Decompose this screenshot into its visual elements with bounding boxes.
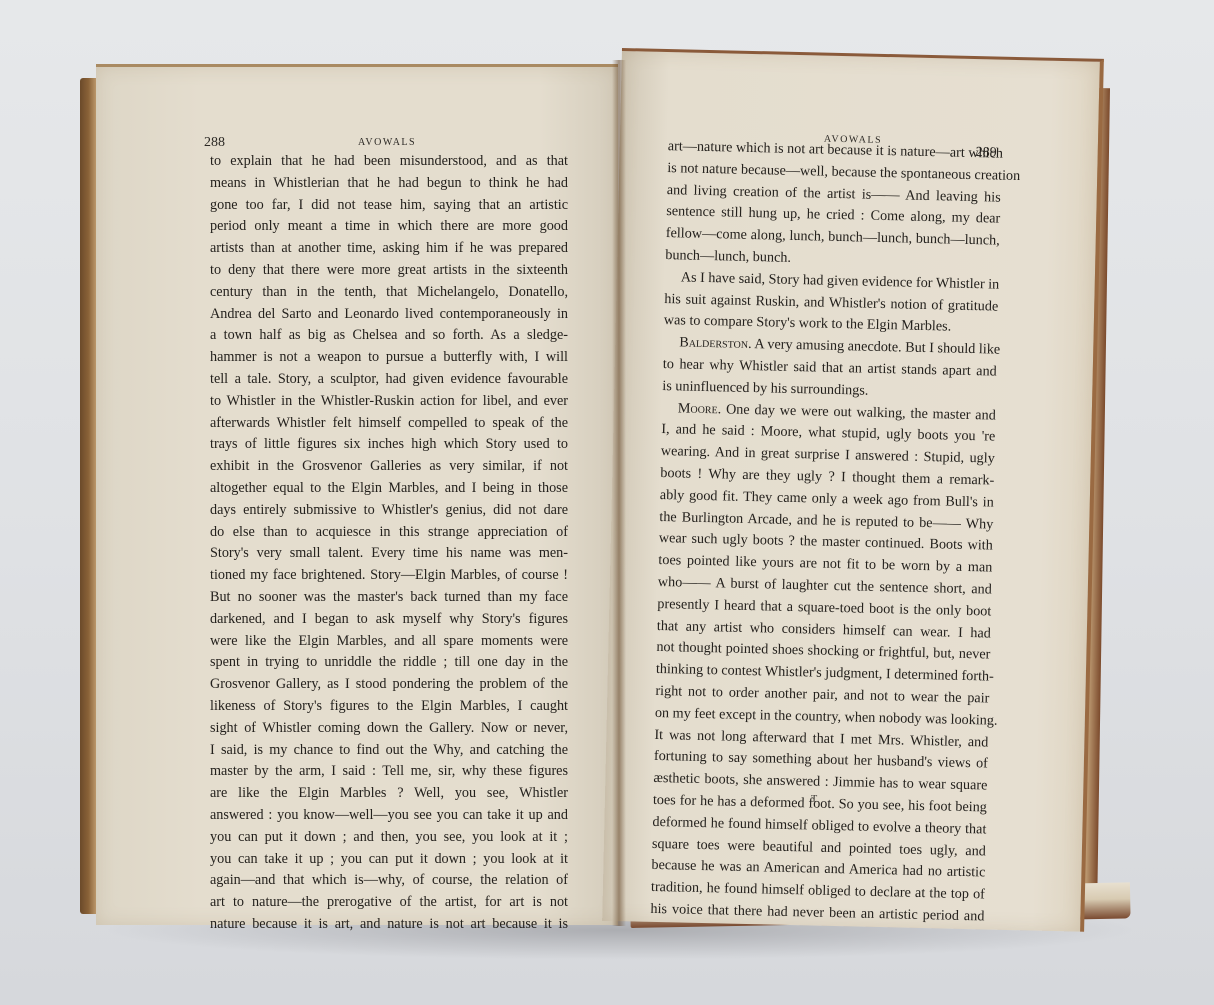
- text-line: gone too far, I did not tease him, sayin…: [210, 195, 568, 217]
- text-line: are like the Elgin Marbles ? Well, you s…: [210, 783, 568, 805]
- text-line: altogether equal to the Elgin Marbles, a…: [210, 478, 568, 500]
- speaker-name: Moore.: [678, 400, 722, 417]
- text-line: to deny that there were more great artis…: [210, 260, 568, 282]
- text-line: likeness of Story's figures to the Elgin…: [210, 696, 568, 718]
- text-line: art to nature—the prerogative of the art…: [210, 892, 568, 914]
- line-text: A very amusing anecdote. But I should li…: [751, 336, 1000, 358]
- text-line: nature because it is art, and nature is …: [210, 914, 568, 936]
- text-line: means in Whistlerian that he had begun t…: [210, 173, 568, 195]
- text-line: tell a tale. Story, a sculptor, had give…: [210, 369, 568, 391]
- text-line: do else than to acquiesce in this strang…: [210, 522, 568, 544]
- text-line: Grosvenor Gallery, as I stood pondering …: [210, 674, 568, 696]
- right-page-body: art—nature which is not art because it i…: [650, 136, 1002, 928]
- text-line: century than in the tenth, that Michelan…: [210, 282, 568, 304]
- text-line: Andrea del Sarto and Leonardo lived cont…: [210, 304, 568, 326]
- text-line: you can take it up ; you can put it down…: [210, 849, 568, 871]
- running-head-left: AVOWALS: [358, 137, 416, 148]
- text-line: hammer is not a weapon to pursue a butte…: [210, 347, 568, 369]
- page-number-left: 288: [204, 135, 225, 151]
- text-line: to explain that he had been misunderstoo…: [210, 151, 568, 173]
- text-line: a town half as big as Chelsea and so for…: [210, 325, 568, 347]
- right-page: AVOWALS 289 art—nature which is not art …: [602, 48, 1104, 932]
- open-book: 288 AVOWALS to explain that he had been …: [0, 0, 1214, 1005]
- left-page-body: to explain that he had been misunderstoo…: [210, 151, 568, 936]
- text-line: spent in trying to unriddle the riddle ;…: [210, 652, 568, 674]
- speaker-name: Balderston.: [679, 335, 752, 353]
- text-line: I said, is my chance to find out the Why…: [210, 740, 568, 762]
- text-line: Story's very small talent. Every time hi…: [210, 543, 568, 565]
- text-line: were like the Elgin Marbles, and all spa…: [210, 631, 568, 653]
- text-line: artists than at another time, asking him…: [210, 238, 568, 260]
- text-line: exhibit in the Grosvenor Galleries as ve…: [210, 456, 568, 478]
- line-text: One day we were out walking, the master …: [721, 401, 996, 423]
- text-line: sight of Whistler coming down the Galler…: [210, 718, 568, 740]
- text-line: you can put it down ; and then, you see,…: [210, 827, 568, 849]
- text-line: again—and that which is—why, of course, …: [210, 870, 568, 892]
- book-gutter: [612, 60, 626, 926]
- text-line: darkened, and I began to ask myself why …: [210, 609, 568, 631]
- text-line: days entirely submissive to Whistler's g…: [210, 500, 568, 522]
- text-line: afterwards Whistler felt himself compell…: [210, 413, 568, 435]
- text-line: But no sooner was the master's back turn…: [210, 587, 568, 609]
- text-line: tioned my face brightened. Story—Elgin M…: [210, 565, 568, 587]
- signature-mark: T: [811, 793, 817, 804]
- text-line: master by the arm, I said : Tell me, sir…: [210, 761, 568, 783]
- left-page: 288 AVOWALS to explain that he had been …: [96, 64, 618, 925]
- text-line: answered : you know—well—you see you can…: [210, 805, 568, 827]
- text-line: to Whistler in the Whistler-Ruskin actio…: [210, 391, 568, 413]
- text-line: trays of little figures six inches high …: [210, 434, 568, 456]
- text-line: period only meant a time in which there …: [210, 216, 568, 238]
